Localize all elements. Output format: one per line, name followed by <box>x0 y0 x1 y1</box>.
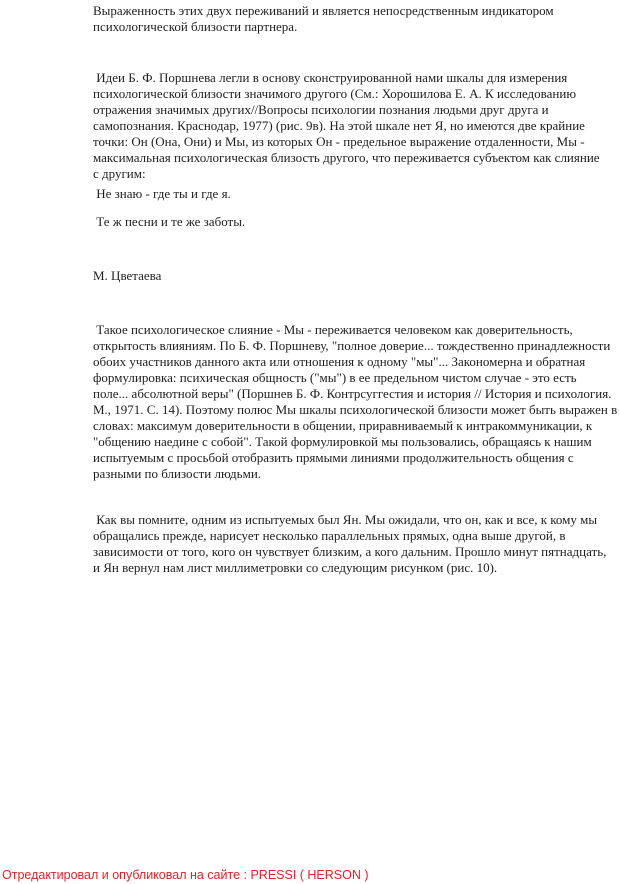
text-line: максимальная психологическая близость др… <box>93 150 620 166</box>
text-line: "общению наедине с собой". Такой формули… <box>93 434 620 450</box>
text-line: обращались прежде, нарисует несколько па… <box>93 528 620 544</box>
text-line: Выраженность этих двух переживаний и явл… <box>93 3 620 19</box>
text-line: и Ян вернул нам лист миллиметровки со сл… <box>93 560 620 576</box>
text-line: обоих участников данного акта или отноше… <box>93 354 620 370</box>
text-line: М. Цветаева <box>93 268 620 284</box>
text-line: поле... абсолютной веры" (Поршнев Б. Ф. … <box>93 386 620 402</box>
text-line: Идеи Б. Ф. Поршнева легли в основу сконс… <box>93 70 620 86</box>
paragraph-ideas: Идеи Б. Ф. Поршнева легли в основу сконс… <box>93 70 620 182</box>
text-line: словах: максимум доверительности в общен… <box>93 418 620 434</box>
text-line: Как вы помните, одним из испытуемых был … <box>93 512 620 528</box>
text-line: психологической близости значимого друго… <box>93 86 620 102</box>
text-line: Те ж песни и те же заботы. <box>93 214 620 230</box>
text-line: самопознания. Краснодар, 1977) (рис. 9в)… <box>93 118 620 134</box>
verse-author: М. Цветаева <box>93 268 620 284</box>
document-body: Выраженность этих двух переживаний и явл… <box>93 3 620 576</box>
document-page: Выраженность этих двух переживаний и явл… <box>0 0 620 884</box>
verse-line-1: Не знаю - где ты и где я. <box>93 186 620 202</box>
paragraph-intro: Выраженность этих двух переживаний и явл… <box>93 3 620 35</box>
text-line: Такое психологическое слияние - Мы - пер… <box>93 322 620 338</box>
text-line: М., 1971. С. 14). Поэтому полюс Мы шкалы… <box>93 402 620 418</box>
verse-line-2: Те ж песни и те же заботы. <box>93 214 620 230</box>
footer-credit: Отредактировал и опубликовал на сайте : … <box>2 868 369 883</box>
text-line: отражения значимых других//Вопросы психо… <box>93 102 620 118</box>
paragraph-fusion: Такое психологическое слияние - Мы - пер… <box>93 322 620 482</box>
text-line: психологической близости партнера. <box>93 19 620 35</box>
text-line: открытость влияниям. По Б. Ф. Поршневу, … <box>93 338 620 354</box>
text-line: с другим: <box>93 166 620 182</box>
text-line: формулировка: психическая общность ("мы"… <box>93 370 620 386</box>
text-line: зависимости от того, кого он чувствует б… <box>93 544 620 560</box>
paragraph-yan: Как вы помните, одним из испытуемых был … <box>93 512 620 576</box>
text-line: точки: Он (Она, Они) и Мы, из которых Он… <box>93 134 620 150</box>
text-line: разными по близости людьми. <box>93 466 620 482</box>
text-line: испытуемым с просьбой отобразить прямыми… <box>93 450 620 466</box>
text-line: Не знаю - где ты и где я. <box>93 186 620 202</box>
